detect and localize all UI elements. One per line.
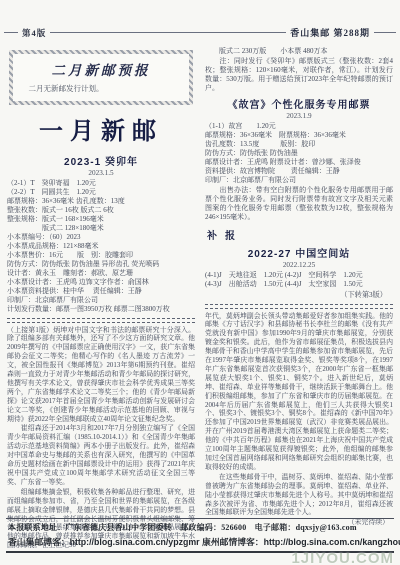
spec-line: 小本票成品规格：121×88毫米 — [7, 242, 195, 251]
spec-line: (4-1)J 天地往返 1.20元 (4-2)J 空间科学 1.20元 — [205, 271, 393, 280]
spec-line: 整张枚数：版式一 16枚 版式二 6枚 — [7, 206, 195, 215]
spec-line: 版式二 128×180毫米 — [7, 224, 195, 233]
rabbit-note-paragraph: 注：同时发行《癸卯年》邮票版式三（整张枚数：2套4枚；整张规格：120×160毫… — [205, 57, 393, 93]
rabbit-spec-list: （2-1）T 癸卯寄福 1.20元 （2-2）T 同圆共生 1.20元 邮票规格… — [7, 179, 195, 314]
february-forecast-title: 二月新邮预报 — [21, 59, 181, 79]
space-station-date: 2022.12.25 — [205, 261, 393, 269]
continued-on-page3-note: （下转第3版） — [205, 290, 393, 300]
contact-address-line: 本报联系地址：广东省德庆县香山中学团委转 邮政编码：526600 电子邮箱：dq… — [8, 522, 392, 533]
spec-line: 印制厂：北京邮票厂有限公司 — [205, 176, 393, 185]
page-number-label: 第4版 — [18, 27, 50, 39]
gugong-spec-list: （1-1）故宫 1.20元 邮票规格：36×36毫米 附票规格：36×36毫米 … — [205, 122, 393, 185]
january-new-stamps-title: 一月新邮 — [7, 111, 195, 146]
spec-line: 小本票设计者：王虎鸣 边饰文字作者：俞国林 — [7, 278, 195, 287]
article-paragraph: 崔绍森还于2014年3月和2017年7月分别独立编写了《全国青少年邮局资料汇编（… — [7, 425, 195, 487]
rabbit-issue-date: 2023.1.5 — [7, 169, 195, 177]
spec-line: 设计者：黄永玉 雕刻者：郝欧、原艺珊 — [7, 269, 195, 278]
spec-line: （2-2）T 同圆共生 1.20元 — [7, 188, 195, 197]
left-column: 二月新邮预报 二月无新邮发行计划。 一月新邮 2023-1 癸卯年 2023.1… — [7, 47, 195, 552]
gugong-sale-paragraph: 出售办法：带有空白附票的个性化服务专用邮票用于邮票个性化服务业务。同时发行附票带… — [205, 186, 393, 222]
right-column: 版式二 230万版 小本票 480万本 注：同时发行《癸卯年》邮票版式三（整张枚… — [205, 47, 393, 552]
spec-line: 小本票售价：16元 版 别：胶雕套印 — [7, 251, 195, 260]
page-header: 第4版 香山集邮 第288期 — [4, 26, 396, 39]
spec-line: 邮票规格：36×36毫米 齿孔度数：13度 — [7, 197, 195, 206]
spec-line: 邮票规格：36×36毫米 附票规格：36×36毫米 — [205, 131, 393, 140]
spec-line: 版式二 230万版 小本票 480万本 — [205, 47, 393, 56]
section-divider-right — [205, 304, 393, 309]
space-station-stamp-list: (4-1)J 天地往返 1.20元 (4-2)J 空间科学 1.20元 (4-3… — [205, 271, 393, 289]
header-rule-right — [374, 32, 396, 33]
spec-line: 防伪方式：防伪纸张 防伪油墨 — [205, 149, 393, 158]
spec-line: 印制厂：北京邮票厂有限公司 — [7, 296, 195, 305]
header-rule-left — [4, 32, 18, 33]
article-right-column: 年代，莫炳坤副会长领头带动集邮爱好者参加组集实践。他的邮集《方寸话汉字》和县邮协… — [205, 313, 393, 529]
gugong-issue-heading: 《故宫》个性化服务专用邮票 — [205, 96, 393, 111]
main-columns: 二月新邮预报 二月无新邮发行计划。 一月新邮 2023-1 癸卯年 2023.1… — [0, 43, 400, 552]
section-divider-left — [7, 318, 195, 323]
spec-line: （1-1）故宫 1.20元 — [205, 122, 393, 131]
spec-line: 邮票设计者：王虎鸣 附票设计者：曾沙娜、张泽俊 — [205, 158, 393, 167]
blog-links-line: 香山集邮博客：http://blog.sina.com.cn/ypzgmr 康州… — [8, 535, 392, 548]
spec-line: 整张规格：版式一 168×196毫米 — [7, 215, 195, 224]
masthead-title: 香山集邮 第288期 — [286, 26, 374, 39]
spec-line: 计划发行数量：邮票一图3950万枚 邮票二图3800万枚 — [7, 305, 195, 314]
header-rule-middle — [50, 32, 286, 33]
spec-line: 小本票编号：（60）2023 — [7, 233, 195, 242]
spec-line: (4-3)J 出舱活动 1.50元 (4-4)J 太空家园 1.50元 — [205, 280, 393, 289]
article-paragraph: 年代，莫炳坤副会长领头带动集邮爱好者参加组集实践。他的邮集《方寸话汉字》和县邮协… — [205, 313, 393, 473]
spec-line: 资料提供：故宫博物院 责任编辑：王静 — [205, 167, 393, 176]
article-paragraph: 在这些集邮骨干中，温树芬、莫炳坤、崔绍森、陆小莹都曾被聘为广东省集邮协会的理事。… — [205, 474, 393, 519]
february-forecast-body: 二月无新邮发行计划。 — [21, 83, 181, 94]
rabbit-issue-heading: 2023-1 癸卯年 — [7, 153, 195, 168]
newspaper-page: 第4版 香山集邮 第288期 二月新邮预报 二月无新邮发行计划。 一月新邮 20… — [0, 0, 400, 565]
supplement-label: 补报 — [207, 227, 393, 242]
spec-line: （2-1）T 癸卯寄福 1.20元 — [7, 179, 195, 188]
article-paragraph: （上接第1版）炳坤对中国文字和书法的邮票研究十分深入。除了组编多部有关邮集外，还… — [7, 327, 195, 425]
contact-footer: 本报联系地址：广东省德庆县香山中学团委转 邮政编码：526600 电子邮箱：dq… — [6, 518, 394, 553]
rabbit-spec-continued: 版式二 230万版 小本票 480万本 — [205, 47, 393, 56]
space-station-heading: 2022-27 中国空间站 — [205, 245, 393, 260]
spec-line: 齿孔度数：13.5度 版别：胶印 — [205, 140, 393, 149]
watermark-text: 1JIYOU.COM — [291, 550, 394, 565]
spec-line: 小本票资料提供：桂中华 责任编辑：王静 — [7, 287, 195, 296]
february-forecast-box: 二月新邮预报 二月无新邮发行计划。 — [9, 50, 193, 105]
spec-line: 防伪方式：防伪纸张 防伪油墨 异形齿孔 荧光喷码 — [7, 260, 195, 269]
february-forecast-inner: 二月新邮预报 二月无新邮发行计划。 — [13, 54, 189, 101]
gugong-issue-date: 2023.1.9 — [205, 112, 393, 120]
